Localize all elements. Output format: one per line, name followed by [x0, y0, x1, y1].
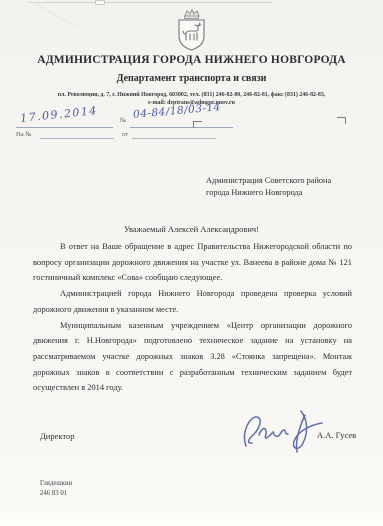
scan-artifact-box — [95, 0, 105, 5]
executor-name: Глядешкин — [40, 479, 72, 489]
scan-artifact-line — [28, 2, 272, 3]
number-sign-label: № — [120, 117, 126, 124]
addressee-line-1: Администрация Советского района — [206, 175, 358, 187]
addressee-corner-mark-right — [337, 117, 346, 124]
addressee-line-2: города Нижнего Новгорода — [206, 187, 358, 199]
reply-number-underline — [40, 138, 114, 139]
number-underline — [130, 127, 233, 128]
reference-row: 17.09.2014 № 04-84/18/03-14 — [16, 106, 246, 132]
contact-line-1: пл. Революции, д. 7, г. Нижний Новгород,… — [0, 92, 383, 100]
scanned-letter-page: АДМИНИСТРАЦИЯ ГОРОДА НИЖНЕГО НОВГОРОДА Д… — [0, 0, 383, 526]
letter-body: В ответ на Ваше обращение в адрес Правит… — [33, 239, 352, 396]
paragraph-1: В ответ на Ваше обращение в адрес Правит… — [33, 239, 352, 286]
signer-name: А.А. Гусев — [317, 430, 356, 440]
scan-bottom-edge — [0, 520, 383, 526]
reply-from-underline — [132, 138, 216, 139]
department-name: Департамент транспорта и связи — [0, 73, 383, 84]
salutation: Уважаемый Алексей Александрович! — [0, 224, 383, 234]
paragraph-3: Муниципальным казенным учреждением «Цент… — [33, 318, 352, 397]
handwritten-date: 17.09.2014 — [20, 104, 99, 125]
scan-artifact-smudge — [25, 0, 79, 28]
organization-name: АДМИНИСТРАЦИЯ ГОРОДА НИЖНЕГО НОВГОРОДА — [0, 54, 383, 66]
signer-position: Директор — [40, 431, 75, 441]
paragraph-2: Администрацией города Нижнего Новгорода … — [33, 286, 352, 317]
executor-block: Глядешкин 246 83 01 — [40, 479, 72, 498]
addressee-block: Администрация Советского района города Н… — [206, 175, 358, 198]
date-underline — [16, 127, 113, 128]
reply-reference-row: На № от — [16, 131, 246, 143]
reply-number-label: На № — [16, 131, 31, 138]
executor-phone: 246 83 01 — [40, 489, 72, 499]
reply-from-label: от — [122, 131, 128, 138]
addressee-corner-mark-left — [193, 121, 202, 128]
city-coat-of-arms-icon — [168, 7, 215, 54]
